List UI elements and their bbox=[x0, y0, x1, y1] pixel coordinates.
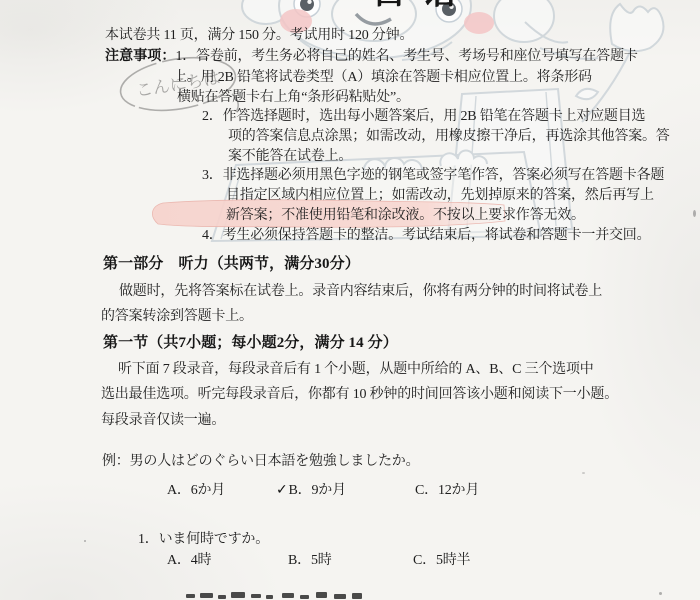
notice-label: 注意事项： bbox=[105, 49, 176, 64]
notice-2-line-1: 2．作答选择题时，选出每小题答案后，用 2B 铅笔在答题卡上对应题目选 bbox=[202, 109, 645, 124]
part1-heading: 第一部分 听力（共两节，满分30分） bbox=[103, 257, 360, 272]
exam-paper-page: 日语 本试卷共 11 页，满分 150 分。考试用时 120 分钟。 注意事项：… bbox=[0, 0, 700, 600]
example-option-c: C．12か月 bbox=[415, 483, 479, 498]
notice-1-line-2: 上。用 2B 铅笔将试卷类型（A）填涂在答题卡相应位置上。将条形码 bbox=[173, 70, 592, 85]
scan-speck bbox=[582, 472, 585, 474]
notice-3-line-1: 3．非选择题必须用黑色字迹的钢笔或签字笔作答，答案必须写在答题卡各题 bbox=[202, 168, 664, 183]
notice-3-line-2: 目指定区域内相应位置上；如需改动，先划掉原来的答案，然后再写上 bbox=[226, 188, 654, 203]
question-1-option-b: B．5時 bbox=[288, 553, 332, 568]
question-1: 1．いま何時ですか。 bbox=[138, 532, 269, 547]
section1-intro-line-3: 每段录音仅读一遍。 bbox=[101, 413, 225, 428]
part1-intro-line-2: 的答案转涂到答题卡上。 bbox=[101, 309, 253, 324]
intro-line: 本试卷共 11 页，满分 150 分。考试用时 120 分钟。 bbox=[105, 28, 413, 43]
scan-speck bbox=[84, 540, 86, 542]
example-question: 例：男の人はどのぐらい日本語を勉強しましたか。 bbox=[102, 454, 419, 469]
notice-4-line-1: 4．考生必须保持答题卡的整洁。考试结束后，将试卷和答题卡一并交回。 bbox=[202, 228, 650, 243]
part1-intro-line-1: 做题时，先将答案标在试卷上。录音内容结束后，你将有两分钟的时间将试卷上 bbox=[119, 284, 602, 299]
example-option-a: A．6か月 bbox=[167, 483, 225, 498]
example-option-b: ✓B．9か月 bbox=[276, 483, 346, 498]
section1-intro-line-2: 选出最佳选项。听完每段录音后，你都有 10 秒钟的时间回答该小题和阅读下一小题。 bbox=[101, 387, 618, 402]
section1-heading: 第一节（共7小题；每小题2分，满分 14 分） bbox=[103, 336, 398, 351]
scan-speck bbox=[659, 592, 662, 595]
page-title: 日语 bbox=[346, 0, 496, 9]
notice-2-line-2: 项的答案信息点涂黑；如需改动，用橡皮擦干净后，再选涂其他答案。答 bbox=[228, 129, 670, 144]
answer-check-icon: ✓ bbox=[276, 483, 288, 498]
scan-speck bbox=[693, 210, 696, 217]
question-1-option-a: A．4時 bbox=[167, 553, 211, 568]
notice-1-line-3: 横贴在答题卡右上角“条形码粘贴处”。 bbox=[177, 90, 410, 105]
question-1-option-c: C．5時半 bbox=[413, 553, 470, 568]
section1-intro-line-1: 听下面 7 段录音，每段录音后有 1 个小题，从题中所给的 A、B、C 三个选项… bbox=[118, 362, 594, 377]
notice-2-line-3: 案不能答在试卷上。 bbox=[228, 149, 352, 164]
notice-1-line-1: 注意事项：1．答卷前，考生务必将自己的姓名、考生号、考场号和座位号填写在答题卡 bbox=[105, 49, 638, 64]
notice-3-line-3: 新答案；不准使用铅笔和涂改液。不按以上要求作答无效。 bbox=[226, 208, 585, 223]
